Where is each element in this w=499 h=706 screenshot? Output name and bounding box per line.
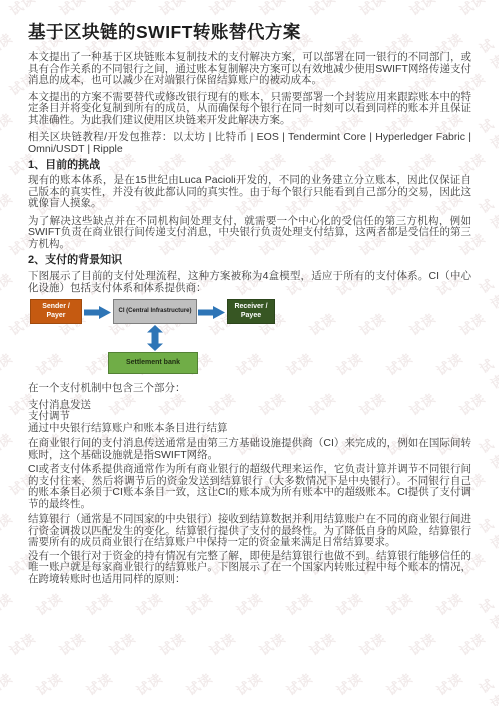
challenges-paragraph-1: 现有的账本体系，是在15世纪由Luca Pacioli开发的，不同的业务建立分立…	[28, 175, 471, 210]
receiver-payee-box: Receiver / Payee	[227, 299, 275, 324]
watermark-text: 试读	[32, 588, 66, 620]
watermark-text: 试读	[0, 668, 16, 700]
intro-paragraph-2: 本文提出的方案不需要替代或修改银行现有的账本，只需要部署一个封装应用来跟踪账本中…	[28, 92, 471, 127]
watermark-text: 试读	[475, 433, 499, 472]
watermark-text: 试读	[105, 628, 139, 660]
page-title: 基于区块链的SWIFT转账替代方案	[28, 22, 471, 42]
section-heading-challenges: 1、目前的挑战	[28, 159, 471, 172]
watermark-text: 试读	[475, 193, 499, 232]
payment-flow-diagram: Sender / Payer CI (Central Infrastructur…	[28, 298, 471, 376]
ci-message-paragraph: 在商业银行间的支付消息传送通常是由第三方基础设施提供商（CI）来完成的，例如在国…	[28, 438, 471, 461]
watermark-text: 试读	[355, 628, 389, 660]
three-parts-paragraph: 在一个支付机制中包含三个部分：	[28, 383, 471, 395]
watermark-text: 试读	[305, 628, 339, 660]
watermark-text: 试读	[0, 348, 16, 380]
watermark-text: 试读	[232, 588, 266, 620]
double-arrow-vertical-icon	[147, 325, 163, 351]
intro-paragraph-1: 本文提出了一种基于区块链账本复制技术的支付解决方案，可以部署在同一银行的不同部门…	[28, 52, 471, 87]
settlement-bank-box: Settlement bank	[108, 352, 198, 374]
watermark-text: 试读	[82, 588, 116, 620]
payment-parts-list: 支付消息发送 支付调节 通过中央银行结算账户和账本条目进行结算	[28, 400, 471, 435]
watermark-text: 试读	[182, 588, 216, 620]
ci-super-ledger-paragraph: CI或者支付体系提供商通常作为所有商业银行的超级代理来运作，它负责计算并调节不同…	[28, 464, 471, 510]
watermark-text: 试读	[55, 628, 89, 660]
settlement-bank-paragraph: 结算银行（通常是不同国家的中央银行）接收到结算数据并利用结算账户在不同的商业银行…	[28, 514, 471, 549]
watermark-text: 试读	[132, 668, 166, 700]
arrow-right-icon	[198, 306, 225, 319]
watermark-text: 试读	[455, 628, 489, 660]
watermark-text: 试读	[475, 33, 499, 72]
watermark-text: 试读	[0, 268, 16, 300]
watermark-text: 试读	[475, 113, 499, 152]
watermark-text: 试读	[475, 513, 499, 552]
section-heading-payment-background: 2、支付的背景知识	[28, 254, 471, 267]
watermark-text: 试读	[432, 668, 466, 700]
watermark-text: 试读	[5, 628, 39, 660]
fourbox-model-paragraph: 下图展示了目前的支付处理流程，这种方案被称为4盒模型，适应于所有的支付体系。CI…	[28, 271, 471, 294]
watermark-text: 试读	[405, 628, 439, 660]
watermark-text: 试读	[0, 188, 16, 220]
watermark-text: 试读	[0, 108, 16, 140]
central-infrastructure-box: CI (Central Infrastructure)	[113, 299, 197, 324]
watermark-text: 试读	[132, 588, 166, 620]
watermark-text: 试读	[382, 668, 416, 700]
watermark-text: 试读	[475, 353, 499, 392]
watermark-text: 试读	[155, 628, 189, 660]
watermark-text: 试读	[432, 588, 466, 620]
watermark-text: 试读	[232, 668, 266, 700]
no-full-view-paragraph: 没有一个银行对于资金的持有情况有完整了解，即使是结算银行也做不到。结算银行能够信…	[28, 551, 471, 586]
challenges-paragraph-2: 为了解决这些缺点并在不同机构间处理支付，就需要一个中心化的受信任的第三方机构，例…	[28, 216, 471, 251]
watermark-text: 试读	[0, 588, 16, 620]
watermark-text: 试读	[255, 628, 289, 660]
document-content: 基于区块链的SWIFT转账替代方案 本文提出了一种基于区块链账本复制技术的支付解…	[28, 0, 471, 585]
watermark-text: 试读	[332, 668, 366, 700]
watermark-text: 试读	[0, 428, 16, 460]
watermark-text: 试读	[82, 668, 116, 700]
watermark-text: 试读	[0, 28, 16, 60]
watermark-text: 试读	[475, 273, 499, 312]
payment-part-item: 通过中央银行结算账户和账本条目进行结算	[28, 423, 471, 435]
watermark-text: 试读	[475, 673, 499, 706]
watermark-text: 试读	[205, 628, 239, 660]
related-tutorials-line: 相关区块链教程/开发包推荐：以太坊 | 比特币 | EOS | Tendermi…	[28, 132, 471, 155]
watermark-text: 试读	[282, 588, 316, 620]
payment-part-item: 支付消息发送	[28, 400, 471, 412]
watermark-text: 试读	[475, 593, 499, 632]
watermark-text: 试读	[382, 588, 416, 620]
document-page: 试读试读试读试读试读试读试读试读试读试读试读试读试读试读试读试读试读试读试读试读…	[0, 0, 499, 706]
payment-part-item: 支付调节	[28, 411, 471, 423]
watermark-text: 试读	[332, 588, 366, 620]
watermark-text: 试读	[32, 668, 66, 700]
sender-payer-box: Sender / Payer	[30, 299, 82, 324]
arrow-right-icon	[84, 306, 111, 319]
watermark-text: 试读	[0, 508, 16, 540]
watermark-text: 试读	[282, 668, 316, 700]
watermark-text: 试读	[182, 668, 216, 700]
